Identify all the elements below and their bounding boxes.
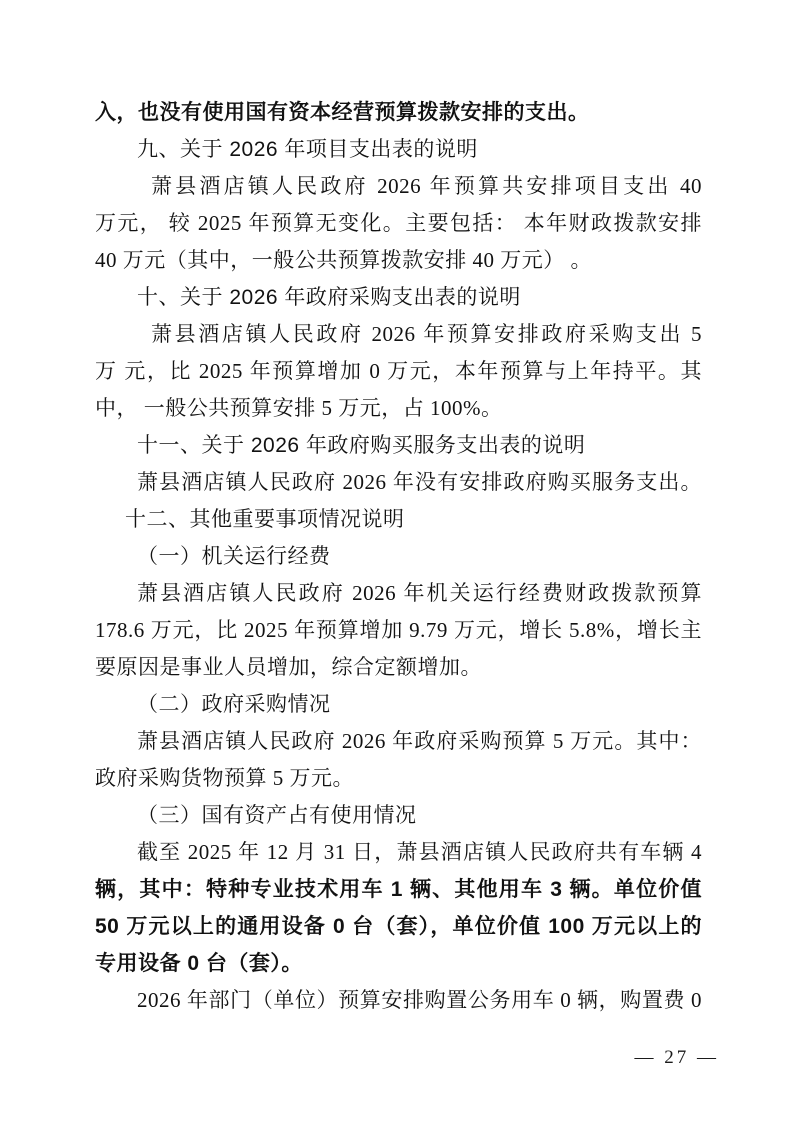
text-line-emphasis: 专用设备 0 台（套）。 [95,945,702,982]
text-line: 万元， 较 2025 年预算无变化。主要包括： 本年财政拨款安排 [95,205,702,242]
subsection-heading-2: （二）政府采购情况 [95,686,702,723]
text-line: 萧县酒店镇人民政府 2026 年预算安排政府采购支出 5 [95,316,702,353]
text-line: 中， 一般公共预算安排 5 万元，占 100%。 [95,390,702,427]
page-number-label: — 27 — [635,1047,720,1068]
subsection-heading-3: （三）国有资产占有使用情况 [95,797,702,834]
text-line: 2026 年部门（单位）预算安排购置公务用车 0 辆，购置费 0 [95,982,702,1019]
text-line-emphasis: 50 万元以上的通用设备 0 台（套），单位价值 100 万元以上的 [95,908,702,945]
text-line-emphasis: 辆，其中：特种专业技术用车 1 辆、其他用车 3 辆。单位价值 [95,871,702,908]
section-heading-12: 十二、其他重要事项情况说明 [95,501,702,538]
section-heading-11: 十一、关于 2026 年政府购买服务支出表的说明 [95,427,702,464]
text-line: 萧县酒店镇人民政府 2026 年没有安排政府购买服务支出。 [95,464,702,501]
subsection-heading-1: （一）机关运行经费 [95,538,702,575]
text-line: 萧县酒店镇人民政府 2026 年机关运行经费财政拨款预算 [95,575,702,612]
text-line: 萧县酒店镇人民政府 2026 年政府采购预算 5 万元。其中： [95,723,702,760]
page-number: — 27 — [635,1044,720,1072]
text-line: 40 万元（其中，一般公共预算拨款安排 40 万元） 。 [95,242,702,279]
text-line: 178.6 万元，比 2025 年预算增加 9.79 万元，增长 5.8%，增长… [95,612,702,649]
text-line: 要原因是事业人员增加，综合定额增加。 [95,649,702,686]
section-heading-9: 九、关于 2026 年项目支出表的说明 [95,131,702,168]
document-page: 入，也没有使用国有资本经营预算拨款安排的支出。 九、关于 2026 年项目支出表… [0,0,793,1122]
text-line: 政府采购货物预算 5 万元。 [95,760,702,797]
text-line: 萧县酒店镇人民政府 2026 年预算共安排项目支出 40 [95,168,702,205]
section-heading-10: 十、关于 2026 年政府采购支出表的说明 [95,279,702,316]
text-line: 截至 2025 年 12 月 31 日，萧县酒店镇人民政府共有车辆 4 [95,834,702,871]
document-body: 入，也没有使用国有资本经营预算拨款安排的支出。 九、关于 2026 年项目支出表… [95,94,702,1019]
text-line-carryover: 入，也没有使用国有资本经营预算拨款安排的支出。 [95,94,702,131]
text-line: 万 元，比 2025 年预算增加 0 万元，本年预算与上年持平。其 [95,353,702,390]
